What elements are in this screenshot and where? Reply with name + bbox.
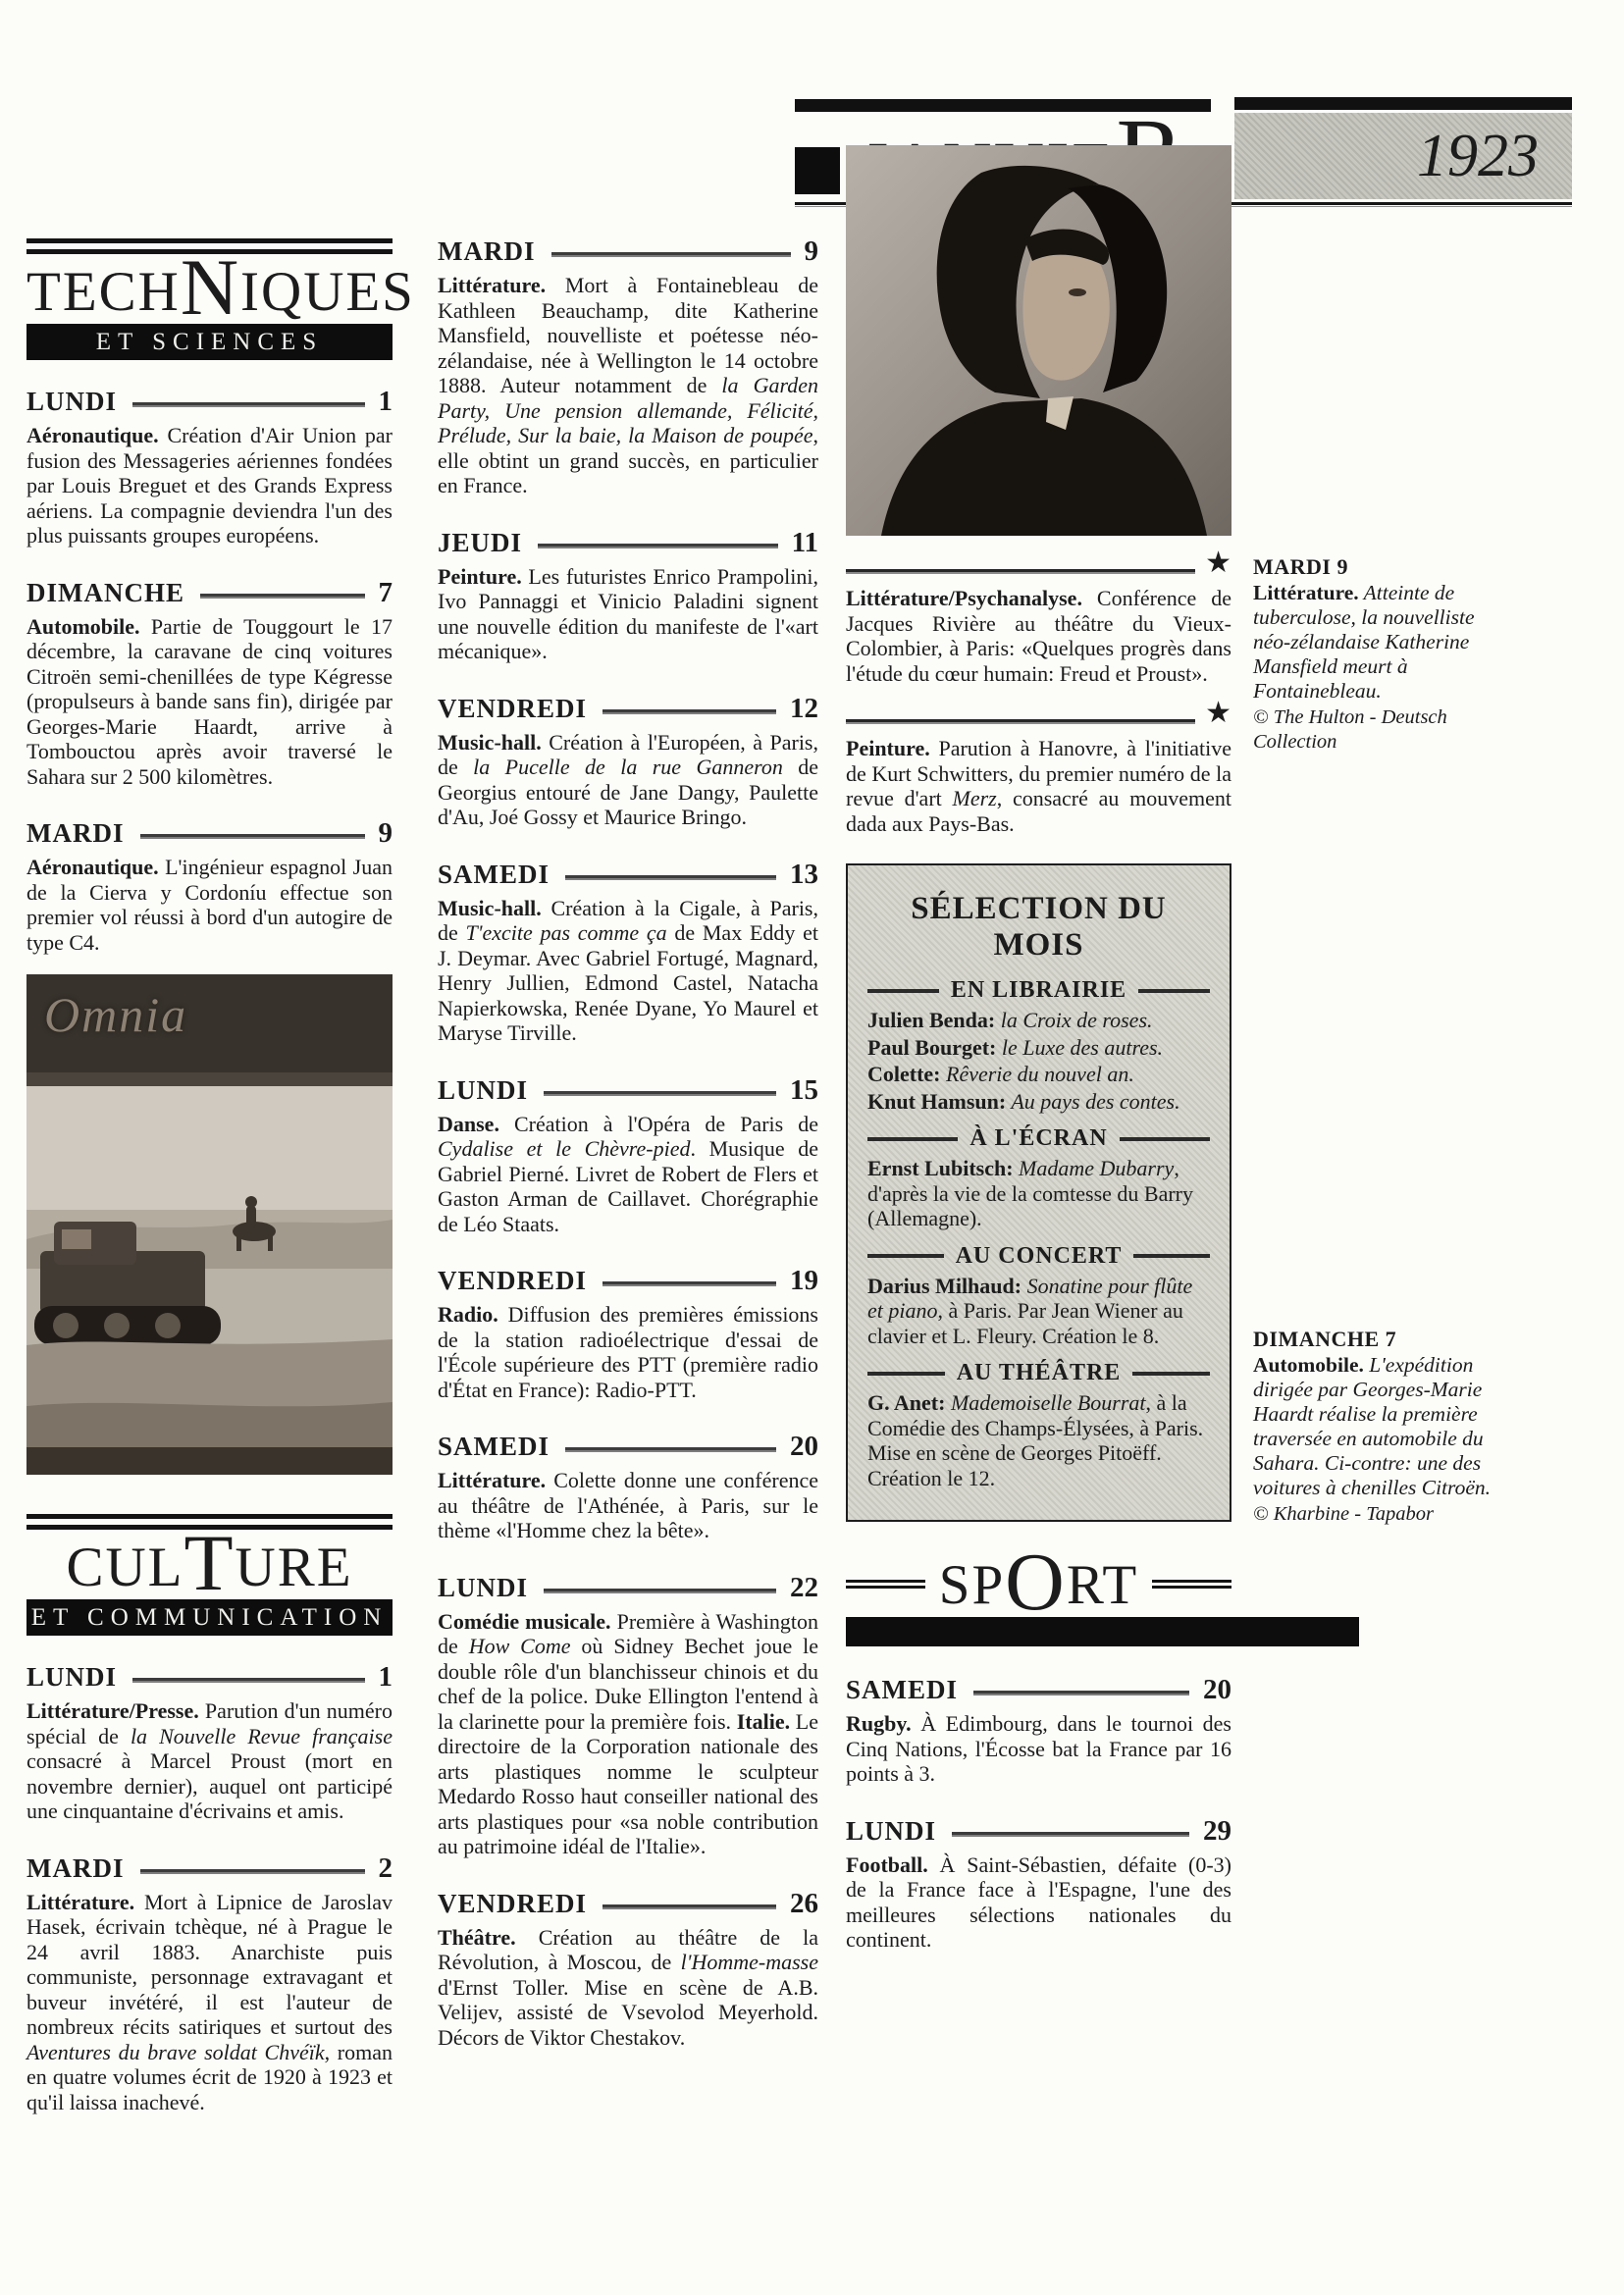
entry-day: LUNDI [26,387,117,417]
entry-rule [973,1691,1189,1695]
entry-header: LUNDI 22 [438,1572,818,1604]
calendar-entry: DIMANCHE 7 Automobile. Partie de Touggou… [26,577,393,790]
selection-rule [1120,1137,1210,1141]
caption-label: DIMANCHE 7 [1253,1327,1524,1351]
selection-items: Ernst Lubitsch: Madame Dubarry, d'après … [867,1156,1210,1231]
photo-citroen-expedition-cover: Omnia [26,974,393,1475]
entry-header: LUNDI 1 [26,1661,393,1694]
selection-group: EN LIBRAIRIE Julien Benda: la Croix de r… [867,977,1210,1114]
entry-number: 13 [790,859,818,891]
entry-rule [544,1091,776,1096]
starred-entry: ★ Littérature/Psychanalyse. Conférence d… [846,561,1231,686]
entry-header: DIMANCHE 7 [26,577,393,609]
section-banner-et-sciences: ET SCIENCES [26,324,393,360]
entry-day: VENDREDI [438,1266,587,1296]
entry-body: Radio. Diffusion des premières émissions… [438,1302,818,1402]
entry-rule [846,719,1195,724]
section-header-techniques: TECHNIQUES ET SCIENCES [26,238,393,360]
sport-rule-left [846,1580,925,1589]
entry-number: 26 [790,1888,818,1920]
starred-entry: ★ Peinture. Parution à Hanovre, à l'init… [846,711,1231,836]
entry-body: Music-hall. Création à la Cigale, à Pari… [438,896,818,1046]
caption-label: MARDI 9 [1253,554,1506,579]
entry-body: Théâtre. Création au théâtre de la Révol… [438,1925,818,2051]
year-label: 1923 [1417,122,1572,191]
calendar-entry: MARDI 9 Littérature. Mort à Fontaineblea… [438,235,818,498]
entry-day: LUNDI [26,1662,117,1693]
entry-number: 7 [379,577,393,609]
section-title-sport: SPORT [939,1555,1139,1613]
caption-credit: © Kharbine - Tapabor [1253,1502,1524,1527]
entry-rule [132,1678,364,1683]
calendar-entry: VENDREDI 12 Music-hall. Création à l'Eur… [438,693,818,830]
sport-rule-right [1152,1580,1231,1589]
culture-entries: LUNDI 1 Littérature/Presse. Parution d'u… [26,1661,393,2114]
entry-rule [140,1869,365,1874]
selection-rule [867,1137,958,1141]
entry-header: SAMEDI 20 [846,1674,1231,1706]
star-icon: ★ [1205,553,1231,573]
starred-entry-header: ★ [846,711,1231,731]
selection-rule [867,989,939,993]
entry-day: LUNDI [438,1075,528,1106]
entry-header: MARDI 9 [438,235,818,268]
entry-rule [200,594,365,599]
selection-item: Julien Benda: la Croix de roses. [867,1008,1210,1033]
entry-number: 15 [790,1074,818,1107]
entry-header: LUNDI 15 [438,1074,818,1107]
entry-rule [846,569,1195,574]
middle-entries: MARDI 9 Littérature. Mort à Fontaineblea… [438,235,818,2050]
entry-number: 22 [790,1572,818,1604]
entry-number: 1 [379,1661,393,1694]
calendar-entry: SAMEDI 20 Littérature. Colette donne une… [438,1431,818,1543]
entry-rule [551,252,791,257]
entry-rule [602,709,776,714]
entry-number: 19 [790,1265,818,1297]
calendar-entry: SAMEDI 13 Music-hall. Création à la Ciga… [438,859,818,1046]
entry-rule [952,1832,1189,1837]
entry-number: 9 [805,235,819,268]
selection-group-label: À L'ÉCRAN [969,1125,1107,1152]
entry-header: MARDI 2 [26,1852,393,1885]
selection-group: À L'ÉCRAN Ernst Lubitsch: Madame Dubarry… [867,1125,1210,1231]
left-column: TECHNIQUES ET SCIENCES LUNDI 1 Aéronauti… [26,238,393,2114]
entry-body: Automobile. Partie de Touggourt le 17 dé… [26,614,393,790]
entry-day: MARDI [438,236,536,267]
entry-body: Littérature. Mort à Fontainebleau de Kat… [438,273,818,498]
selection-group-label: EN LIBRAIRIE [951,977,1126,1004]
entry-body: Rugby. À Edimbourg, dans le tournoi des … [846,1711,1231,1787]
selection-du-mois-box: SÉLECTION DU MOIS EN LIBRAIRIE Julien Be… [846,863,1231,1522]
photo-katherine-mansfield-portrait [846,145,1231,536]
entry-body: Aéronautique. L'ingénieur espagnol Juan … [26,855,393,955]
mansfield-portrait-illustration [846,145,1231,536]
selection-items: Julien Benda: la Croix de roses. Paul Bo… [867,1008,1210,1114]
calendar-entry: LUNDI 29 Football. À Saint-Sébastien, dé… [846,1815,1231,1953]
selection-group: AU CONCERT Darius Milhaud: Sonatine pour… [867,1243,1210,1349]
selection-groups: EN LIBRAIRIE Julien Benda: la Croix de r… [867,977,1210,1490]
entry-number: 2 [379,1852,393,1885]
entry-day: VENDREDI [438,1889,587,1919]
calendar-entry: VENDREDI 26 Théâtre. Création au théâtre… [438,1888,818,2051]
calendar-entry: LUNDI 1 Littérature/Presse. Parution d'u… [26,1661,393,1824]
citroen-halftrack-illustration [26,974,393,1475]
selection-rule [867,1254,944,1258]
selection-items: Darius Milhaud: Sonatine pour flûte et p… [867,1274,1210,1349]
selection-item: Ernst Lubitsch: Madame Dubarry, d'après … [867,1156,1210,1231]
selection-item: G. Anet: Mademoiselle Bourrat, à la Comé… [867,1390,1210,1490]
calendar-entry: LUNDI 1 Aéronautique. Création d'Air Uni… [26,386,393,548]
caption-credit: © The Hulton - Deutsch Collection [1253,705,1506,755]
entry-header: SAMEDI 13 [438,859,818,891]
entry-day: VENDREDI [438,694,587,724]
middle-column: MARDI 9 Littérature. Mort à Fontaineblea… [438,235,818,2050]
right-column: ★ Littérature/Psychanalyse. Conférence d… [846,145,1231,1953]
entry-body: Littérature/Presse. Parution d'un numéro… [26,1698,393,1824]
entry-body: Danse. Création à l'Opéra de Paris de Cy… [438,1112,818,1237]
entry-header: LUNDI 29 [846,1815,1231,1848]
entry-number: 1 [379,386,393,418]
selection-item: Darius Milhaud: Sonatine pour flûte et p… [867,1274,1210,1349]
selection-rule [1138,989,1210,993]
caption-body: Automobile. L'expédition dirigée par Geo… [1253,1353,1524,1500]
entry-body: Music-hall. Création à l'Européen, à Par… [438,730,818,830]
entry-number: 11 [792,527,818,559]
entry-body: Littérature. Colette donne une conférenc… [438,1468,818,1543]
star-icon: ★ [1205,704,1231,723]
month-marker-square-icon [795,147,840,194]
photo-caption-mansfield: MARDI 9 Littérature. Atteinte de tubercu… [1253,554,1506,755]
entry-body: Football. À Saint-Sébastien, défaite (0-… [846,1852,1231,1953]
entry-rule [565,1447,776,1452]
selection-item: Paul Bourget: le Luxe des autres. [867,1035,1210,1061]
year-box: 1923 [1234,113,1572,199]
calendar-entry: VENDREDI 19 Radio. Diffusion des premièr… [438,1265,818,1402]
section-header-sport: SPORT [846,1555,1231,1613]
selection-group-label: AU CONCERT [956,1243,1123,1270]
starred-entry-header: ★ [846,561,1231,581]
entry-rule [538,544,778,548]
entry-number: 20 [790,1431,818,1463]
selection-group-header: AU CONCERT [867,1243,1210,1270]
entry-day: LUNDI [438,1573,528,1603]
selection-rule [1132,1372,1210,1376]
entry-day: MARDI [26,1853,125,1884]
entry-number: 29 [1203,1815,1231,1848]
selection-group-header: AU THÉÂTRE [867,1360,1210,1386]
entry-rule [140,834,365,839]
entry-body: Littérature. Mort à Lipnice de Jaroslav … [26,1890,393,2115]
sport-banner-bar [846,1617,1359,1646]
selection-group-header: À L'ÉCRAN [867,1125,1210,1152]
entry-rule [132,402,364,407]
calendar-entry: JEUDI 11 Peinture. Les futuristes Enrico… [438,527,818,664]
selection-group: AU THÉÂTRE G. Anet: Mademoiselle Bourrat… [867,1360,1210,1490]
techniques-entries: LUNDI 1 Aéronautique. Création d'Air Uni… [26,386,393,955]
almanac-page-january-1923: JANVIER 1923 TECHNIQUES ET SCIENCES LUND… [0,0,1624,2295]
magazine-masthead: Omnia [44,986,187,1043]
entry-body: Comédie musicale. Première à Washington … [438,1609,818,1859]
entry-header: VENDREDI 19 [438,1265,818,1297]
entry-rule [544,1589,776,1593]
selection-item: Knut Hamsun: Au pays des contes. [867,1089,1210,1115]
section-banner-et-communication: ET COMMUNICATION [26,1599,393,1636]
selection-rule [1133,1254,1210,1258]
entry-rule [602,1281,776,1286]
sport-entries: SAMEDI 20 Rugby. À Edimbourg, dans le to… [846,1674,1231,1953]
entry-day: LUNDI [846,1816,936,1847]
entry-header: LUNDI 1 [26,386,393,418]
calendar-entry: LUNDI 15 Danse. Création à l'Opéra de Pa… [438,1074,818,1237]
entry-header: VENDREDI 26 [438,1888,818,1920]
entry-body: Peinture. Parution à Hanovre, à l'initia… [846,736,1231,836]
entry-number: 20 [1203,1674,1231,1706]
entry-header: VENDREDI 12 [438,693,818,725]
selection-rule [867,1372,945,1376]
section-title-techniques: TECHNIQUES [26,262,393,318]
entry-body: Aéronautique. Création d'Air Union par f… [26,423,393,548]
entry-header: MARDI 9 [26,817,393,850]
entry-body: Littérature/Psychanalyse. Conférence de … [846,586,1231,686]
selection-group-label: AU THÉÂTRE [957,1360,1122,1386]
calendar-entry: LUNDI 22 Comédie musicale. Première à Wa… [438,1572,818,1859]
entry-rule [565,875,776,880]
calendar-entry: MARDI 9 Aéronautique. L'ingénieur espagn… [26,817,393,955]
entry-header: JEUDI 11 [438,527,818,559]
section-header-culture: CULTURE ET COMMUNICATION [26,1514,393,1636]
selection-items: G. Anet: Mademoiselle Bourrat, à la Comé… [867,1390,1210,1490]
selection-item: Colette: Rêverie du nouvel an. [867,1062,1210,1087]
entry-number: 9 [379,817,393,850]
photo-caption-citroen: DIMANCHE 7 Automobile. L'expédition diri… [1253,1327,1524,1527]
entry-body: Peinture. Les futuristes Enrico Prampoli… [438,564,818,664]
calendar-entry: MARDI 2 Littérature. Mort à Lipnice de J… [26,1852,393,2115]
entry-header: SAMEDI 20 [438,1431,818,1463]
entry-day: SAMEDI [846,1675,958,1705]
entry-day: MARDI [26,818,125,849]
calendar-entry: SAMEDI 20 Rugby. À Edimbourg, dans le to… [846,1674,1231,1787]
caption-body: Littérature. Atteinte de tuberculose, la… [1253,581,1506,704]
starred-entries: ★ Littérature/Psychanalyse. Conférence d… [846,561,1231,836]
entry-day: DIMANCHE [26,578,184,608]
section-title-culture: CULTURE [26,1538,393,1593]
entry-number: 12 [790,693,818,725]
selection-group-header: EN LIBRAIRIE [867,977,1210,1004]
entry-day: SAMEDI [438,860,550,890]
entry-day: SAMEDI [438,1432,550,1462]
entry-day: JEUDI [438,528,522,558]
selection-title: SÉLECTION DU MOIS [867,891,1210,964]
header-top-bar-right [1234,97,1572,110]
entry-rule [602,1904,776,1909]
